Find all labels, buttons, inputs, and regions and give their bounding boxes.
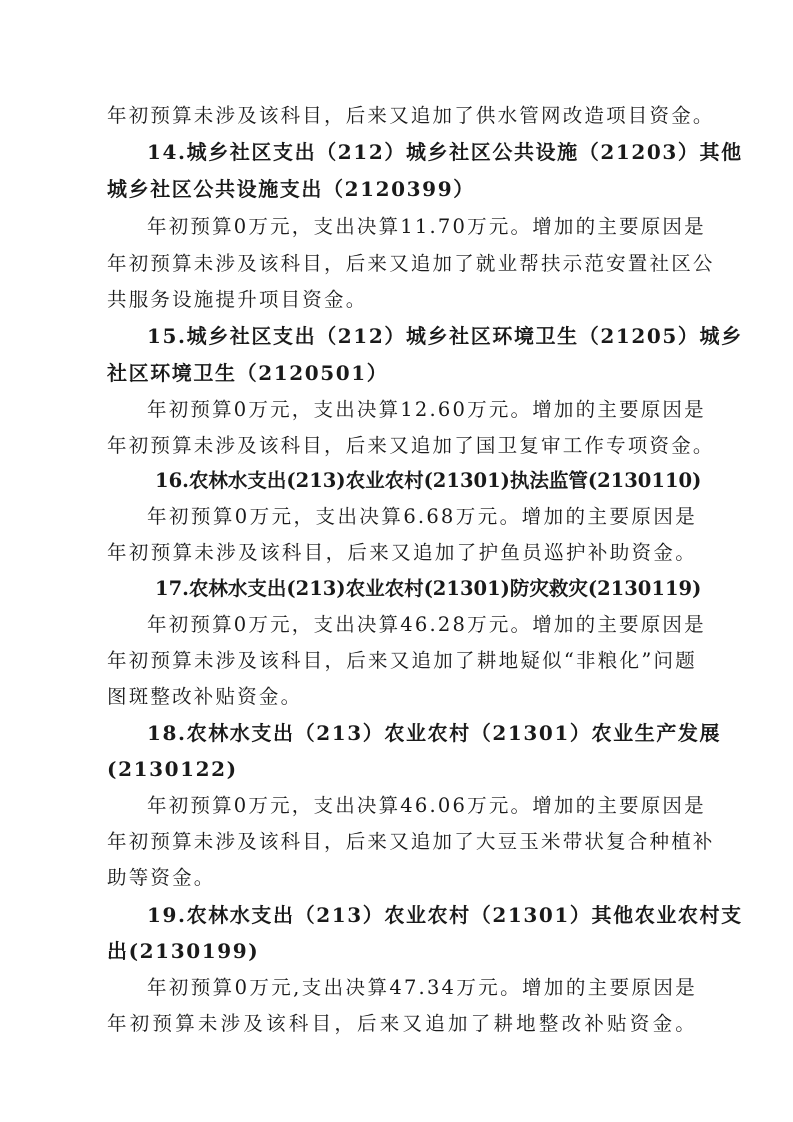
paragraph-line: 年初预算未涉及该科目，后来又追加了就业帮扶示范安置社区公: [107, 246, 697, 282]
section-heading-18-cont: (2130122): [107, 751, 697, 787]
section-heading-15: 15.城乡社区支出（212）城乡社区环境卫生（21205）城乡: [147, 318, 697, 354]
paragraph-line: 年初预算0万元，支出决算46.28万元。增加的主要原因是: [147, 607, 697, 643]
paragraph-line: 年初预算0万元，支出决算12.60万元。增加的主要原因是: [147, 392, 697, 428]
section-heading-16: 16.农林水支出(213)农业农村(21301)执法监管(2130110): [155, 463, 697, 499]
paragraph-line: 年初预算未涉及该科目，后来又追加了供水管网改造项目资金。: [107, 98, 697, 134]
section-heading-17: 17.农林水支出(213)农业农村(21301)防灾救灾(2130119): [155, 571, 697, 607]
section-heading-14: 14.城乡社区支出（212）城乡社区公共设施（21203）其他: [147, 134, 697, 170]
section-heading-19-cont: 出(2130199): [107, 933, 697, 969]
paragraph-line: 年初预算未涉及该科目，后来又追加了耕地疑似“非粮化”问题: [107, 643, 697, 679]
paragraph-line: 年初预算0万元，支出决算46.06万元。增加的主要原因是: [147, 788, 697, 824]
section-heading-19: 19.农林水支出（213）农业农村（21301）其他农业农村支: [147, 897, 697, 933]
paragraph-line: 年初预算未涉及该科目，后来又追加了护鱼员巡护补助资金。: [107, 535, 697, 571]
paragraph-line: 助等资金。: [107, 860, 697, 896]
section-heading-14-cont: 城乡社区公共设施支出（2120399）: [107, 171, 697, 207]
paragraph-line: 年初预算0万元,支出决算47.34万元。增加的主要原因是: [147, 970, 697, 1006]
paragraph-line: 年初预算未涉及该科目，后来又追加了大豆玉米带状复合种植补: [107, 824, 697, 860]
paragraph-line: 年初预算0万元，支出决算11.70万元。增加的主要原因是: [147, 209, 697, 245]
paragraph-line: 年初预算0万元，支出决算6.68万元。增加的主要原因是: [147, 499, 697, 535]
paragraph-line: 年初预算未涉及该科目，后来又追加了国卫复审工作专项资金。: [107, 428, 697, 464]
paragraph-line: 年初预算未涉及该科目，后来又追加了耕地整改补贴资金。: [107, 1006, 697, 1042]
section-heading-15-cont: 社区环境卫生（2120501）: [107, 355, 697, 391]
paragraph-line: 共服务设施提升项目资金。: [107, 282, 697, 318]
paragraph-line: 图斑整改补贴资金。: [107, 679, 697, 715]
section-heading-18: 18.农林水支出（213）农业农村（21301）农业生产发展: [147, 715, 697, 751]
document-page: 年初预算未涉及该科目，后来又追加了供水管网改造项目资金。 14.城乡社区支出（2…: [0, 0, 793, 1122]
